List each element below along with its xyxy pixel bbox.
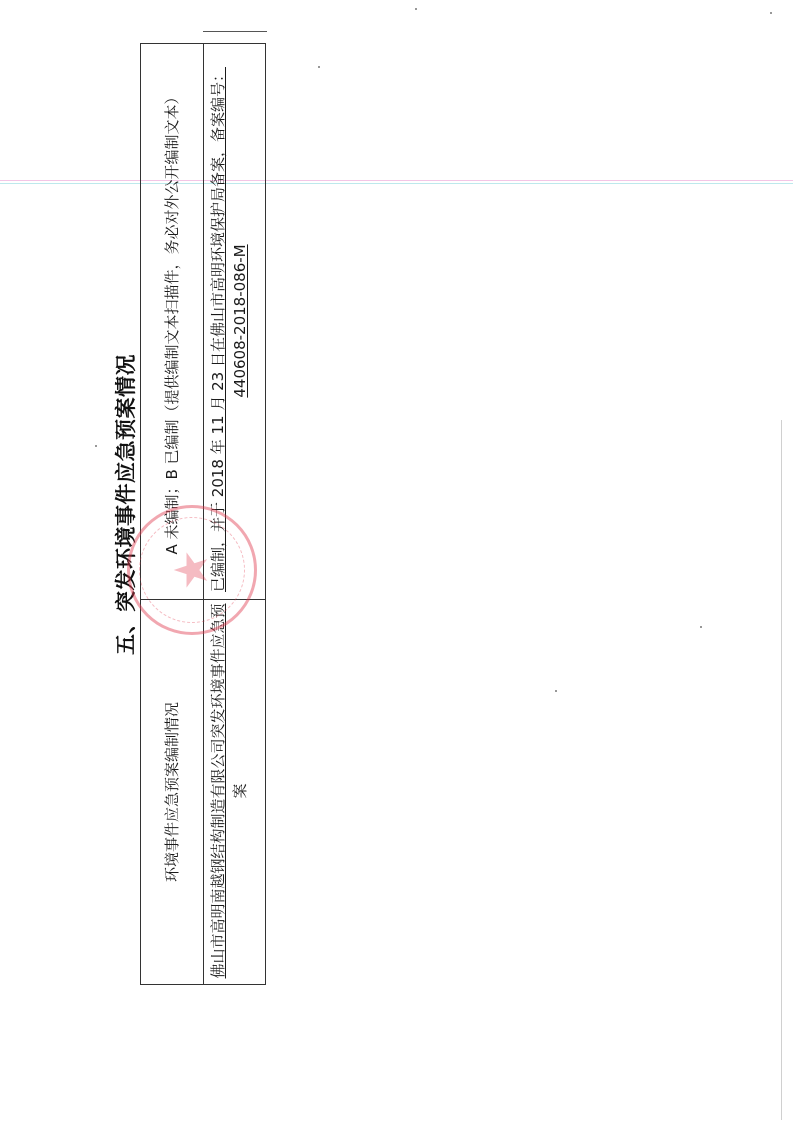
row-divider	[203, 44, 204, 984]
header-cell-plan-status: 环境事件应急预案编制情况	[141, 600, 203, 984]
header-cell-options: A 未编制；B 已编制（提供编制文本扫描件，务必对外公开编制文本）	[141, 44, 203, 600]
rotated-page: 五、突发环境事件应急预案情况 环境事件应急预案编制情况 A 未编制；B 已编制（…	[0, 0, 793, 1122]
status-text: ，并于 2018 年 11 月 23 日在佛山市高明环境保护局备案，备案编号：	[209, 67, 227, 547]
plan-status-line1: 已编制，并于 2018 年 11 月 23 日在佛山市高明环境保护局备案，备案编…	[207, 50, 229, 592]
company-plan-name-line2: 案	[229, 602, 251, 980]
plan-status-line2: 440608-2018-086-M	[229, 50, 251, 592]
section-heading: 五、突发环境事件应急预案情况	[110, 375, 140, 655]
plan-status-cell: 已编制，并于 2018 年 11 月 23 日在佛山市高明环境保护局备案，备案编…	[207, 50, 251, 592]
company-plan-name-line1: 佛山市高明南越钢结构制造有限公司突发环境事件应急预	[207, 602, 229, 980]
emergency-plan-table: 环境事件应急预案编制情况 A 未编制；B 已编制（提供编制文本扫描件，务必对外公…	[140, 43, 266, 985]
company-plan-name-cell: 佛山市高明南越钢结构制造有限公司突发环境事件应急预 案	[207, 602, 251, 980]
record-number: 440608-2018-086-M	[231, 244, 249, 397]
status-prefix: 已编制	[209, 547, 227, 592]
